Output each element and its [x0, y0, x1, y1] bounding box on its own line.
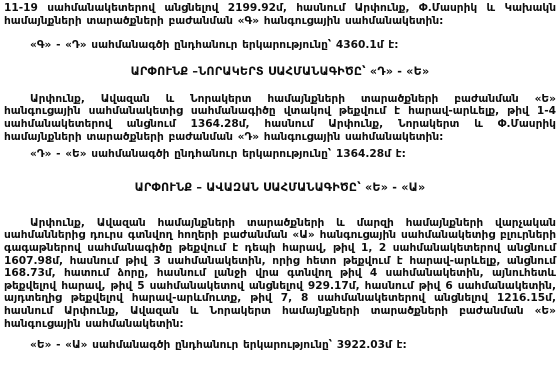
boundary-length-e-a: «Ե» - «Ա» սահմանագծի ընդհանուր երկարությ… [4, 339, 556, 352]
paragraph-continuation-g-d: 11-19 սահմանակետերով անցնելով 2199.92մ, … [4, 2, 556, 27]
document-page: 11-19 սահմանակետերով անցնելով 2199.92մ, … [0, 0, 560, 374]
boundary-length-g-d: «Գ» - «Դ» սահմանագծի ընդհանուր երկարությ… [4, 39, 556, 52]
boundary-length-d-e: «Դ» - «Ե» սահմանագծի ընդհանուր երկարությ… [4, 148, 556, 161]
paragraph-arpunk-norakert: Արփունք, Ավազան և Նորակերտ համայնքների տ… [4, 93, 556, 143]
section-heading-arpunk-norakert: ԱՐՓՈՒՆՔ –ՆՈՐԱԿԵՐՏ ՍԱՀՄԱՆԱԳԻԾԸ՝ «Դ» - «Ե» [4, 65, 556, 78]
paragraph-arpunk-avazan: Արփունք, Ավազան համայնքների տարածքների և… [4, 217, 556, 330]
section-heading-arpunk-avazan: ԱՐՓՈՒՆՔ – ԱՎԱԶԱՆ ՍԱՀՄԱՆԱԳԻԾԸ՝ «Ե» - «Ա» [4, 181, 556, 194]
